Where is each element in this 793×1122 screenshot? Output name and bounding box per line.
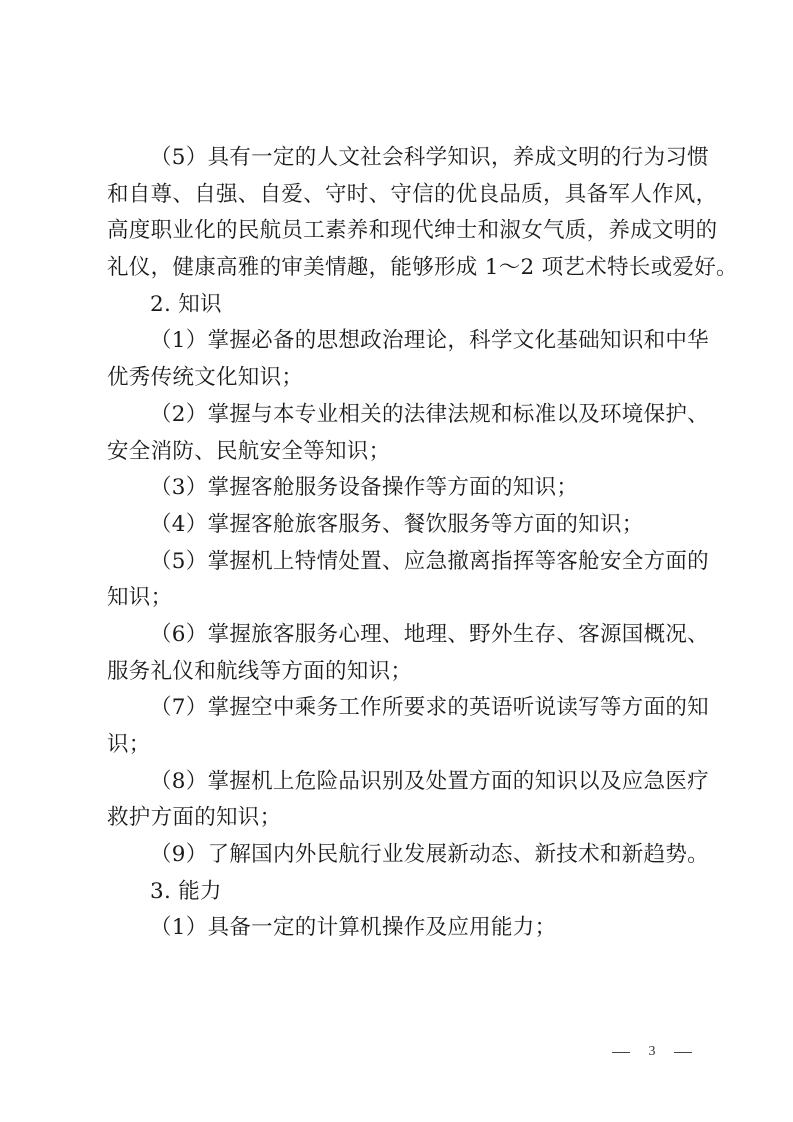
text-line: 礼仪，健康高雅的审美情趣，能够形成 1～2 项艺术特长或爱好。 (107, 250, 703, 287)
text-line: （6）掌握旅客服务心理、地理、野外生存、客源国概况、 (107, 617, 703, 654)
text-line: （3）掌握客舱服务设备操作等方面的知识； (107, 470, 703, 507)
text-line: 救护方面的知识； (107, 800, 703, 837)
text-line: 优秀传统文化知识； (107, 360, 703, 397)
page-footer: 3 (612, 1044, 692, 1060)
text-line: （9）了解国内外民航行业发展新动态、新技术和新趋势。 (107, 837, 703, 874)
text-line: 高度职业化的民航员工素养和现代绅士和淑女气质，养成文明的 (107, 213, 703, 250)
text-line: 2. 知识 (107, 287, 703, 324)
text-line: 服务礼仪和航线等方面的知识； (107, 654, 703, 691)
text-line: 知识； (107, 580, 703, 617)
text-line: （5）掌握机上特情处置、应急撤离指挥等客舱安全方面的 (107, 544, 703, 581)
text-line: 和自尊、自强、自爱、守时、守信的优良品质，具备军人作风， (107, 177, 703, 214)
document-body: （5）具有一定的人文社会科学知识，养成文明的行为习惯和自尊、自强、自爱、守时、守… (107, 140, 703, 947)
footer-dash-right (674, 1052, 692, 1053)
text-line: 3. 能力 (107, 874, 703, 911)
text-line: （7）掌握空中乘务工作所要求的英语听说读写等方面的知 (107, 690, 703, 727)
text-line: 安全消防、民航安全等知识； (107, 434, 703, 471)
text-line: （1）掌握必备的思想政治理论，科学文化基础知识和中华 (107, 323, 703, 360)
text-line: （2）掌握与本专业相关的法律法规和标准以及环境保护、 (107, 397, 703, 434)
page-number: 3 (649, 1044, 656, 1060)
text-line: （8）掌握机上危险品识别及处置方面的知识以及应急医疗 (107, 764, 703, 801)
text-line: （4）掌握客舱旅客服务、餐饮服务等方面的知识； (107, 507, 703, 544)
text-line: （5）具有一定的人文社会科学知识，养成文明的行为习惯 (107, 140, 703, 177)
text-line: （1）具备一定的计算机操作及应用能力； (107, 910, 703, 947)
text-line: 识； (107, 727, 703, 764)
footer-dash-left (612, 1052, 630, 1053)
